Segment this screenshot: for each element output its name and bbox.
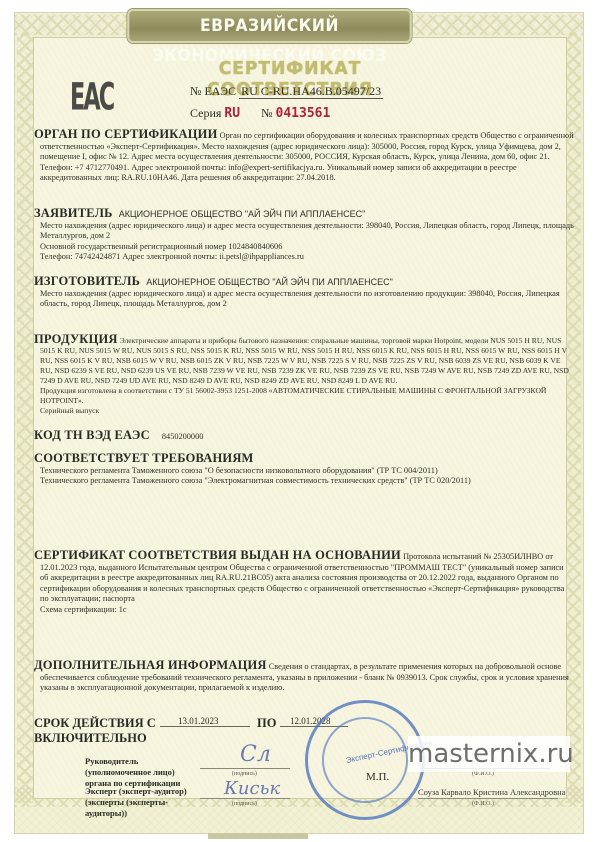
expert-name-line: [418, 798, 558, 799]
applicant-name: АКЦИОНЕРНОЕ ОБЩЕСТВО "АЙ ЭЙЧ ПИ АППЛАЕНС…: [119, 209, 366, 219]
union-banner: ЕВРАЗИЙСКИЙ ЭКОНОМИЧЕСКИЙ СОЮЗ: [127, 9, 411, 43]
certificate-number: № ЕАЭС RU C-RU.НА46.В.05497/23: [190, 84, 383, 99]
additional-info-heading: ДОПОЛНИТЕЛЬНАЯ ИНФОРМАЦИЯ: [34, 658, 267, 672]
watermark: masternix.ru: [408, 736, 570, 772]
head-signature-label: Руководитель (уполномоченное лицо) орган…: [85, 756, 195, 789]
requirement-item: Технического регламента Таможенного союз…: [34, 476, 574, 487]
section-requirements: СООТВЕТСТВУЕТ ТРЕБОВАНИЯМ Технического р…: [34, 453, 574, 487]
form-number-label: №: [261, 106, 272, 120]
expert-name: Соуза Карвало Кристина Александровна: [418, 787, 565, 797]
product-production-type: Серийный выпуск: [34, 406, 574, 416]
certification-scheme: Схема сертификации: 1с: [34, 605, 574, 616]
guilloche-border-left: [17, 33, 33, 803]
tn-ved-value: 8450200000: [162, 432, 203, 441]
validity-to-label: ПО: [257, 716, 276, 731]
manufacturer-name: АКЦИОНЕРНОЕ ОБЩЕСТВО "АЙ ЭЙЧ ПИ АППЛАЕНС…: [146, 277, 393, 287]
requirements-heading: СООТВЕТСТВУЕТ ТРЕБОВАНИЯМ: [34, 451, 254, 465]
product-heading: ПРОДУКЦИЯ: [34, 332, 118, 346]
section-product: ПРОДУКЦИЯ Электрические аппараты и прибо…: [34, 334, 574, 416]
head-signature-line: [200, 768, 290, 769]
applicant-ogrn: Основной государственный регистрационный…: [34, 242, 574, 253]
basis-heading: СЕРТИФИКАТ СООТВЕТСТВИЯ ВЫДАН НА ОСНОВАН…: [34, 548, 401, 562]
manufacturer-heading: ИЗГОТОВИТЕЛЬ: [34, 274, 140, 288]
validity-from-label: СРОК ДЕЙСТВИЯ С: [34, 716, 156, 731]
validity-period: СРОК ДЕЙСТВИЯ С ВКЛЮЧИТЕЛЬНО: [34, 716, 156, 746]
section-applicant: ЗАЯВИТЕЛЬ АКЦИОНЕРНОЕ ОБЩЕСТВО "АЙ ЭЙЧ П…: [34, 208, 574, 263]
applicant-contacts: Телефон: 74742424871 Адрес электронной п…: [34, 252, 574, 263]
applicant-address: Место нахождения (адрес юридического лиц…: [34, 221, 574, 242]
series-line: Серия RU № 0413561: [190, 106, 330, 121]
expert-signature-icon: Киськ: [224, 778, 280, 799]
certification-body-heading: ОРГАН ПО СЕРТИФИКАЦИИ: [34, 127, 218, 141]
manufacturer-address: Место нахождения (адрес юридического лиц…: [34, 289, 574, 310]
requirement-item: Технического регламента Таможенного союз…: [34, 466, 574, 477]
expert-signature-caption: (подпись): [232, 801, 257, 807]
head-signature-caption: (подпись): [232, 771, 257, 777]
series-label: Серия: [190, 106, 221, 120]
head-signature-icon: Сл: [240, 742, 271, 767]
product-standard: Продукция изготовлена в соответствии с Т…: [34, 386, 574, 406]
section-tn-ved: КОД ТН ВЭД ЕАЭС 8450200000: [34, 430, 574, 443]
applicant-heading: ЗАЯВИТЕЛЬ: [34, 206, 113, 220]
section-additional-info: ДОПОЛНИТЕЛЬНАЯ ИНФОРМАЦИЯ Сведения о ста…: [34, 660, 574, 694]
expert-name-caption: (Ф.И.О.): [472, 801, 494, 807]
form-number-value: 0413561: [276, 106, 331, 121]
expert-signature-label: Эксперт (эксперт-аудитор) (эксперты (экс…: [85, 786, 205, 819]
section-basis: СЕРТИФИКАТ СООТВЕТСТВИЯ ВЫДАН НА ОСНОВАН…: [34, 550, 574, 616]
section-certification-body: ОРГАН ПО СЕРТИФИКАЦИИ Орган по сертифика…: [34, 129, 574, 184]
eac-logo-icon: ЕАС: [70, 76, 113, 119]
printing-strip: [208, 833, 308, 839]
series-value: RU: [224, 106, 240, 121]
product-description: Электрические аппараты и приборы бытовог…: [40, 336, 569, 385]
number-value: RU C-RU.НА46.В.05497/23: [239, 84, 383, 99]
validity-inclusive-label: ВКЛЮЧИТЕЛЬНО: [34, 731, 156, 746]
validity-from-date: 13.01.2023: [160, 716, 250, 727]
tn-ved-heading: КОД ТН ВЭД ЕАЭС: [34, 428, 150, 442]
number-label: № ЕАЭС: [190, 84, 236, 98]
stamp-place-label: М.П.: [366, 771, 389, 783]
section-manufacturer: ИЗГОТОВИТЕЛЬ АКЦИОНЕРНОЕ ОБЩЕСТВО "АЙ ЭЙ…: [34, 276, 574, 310]
